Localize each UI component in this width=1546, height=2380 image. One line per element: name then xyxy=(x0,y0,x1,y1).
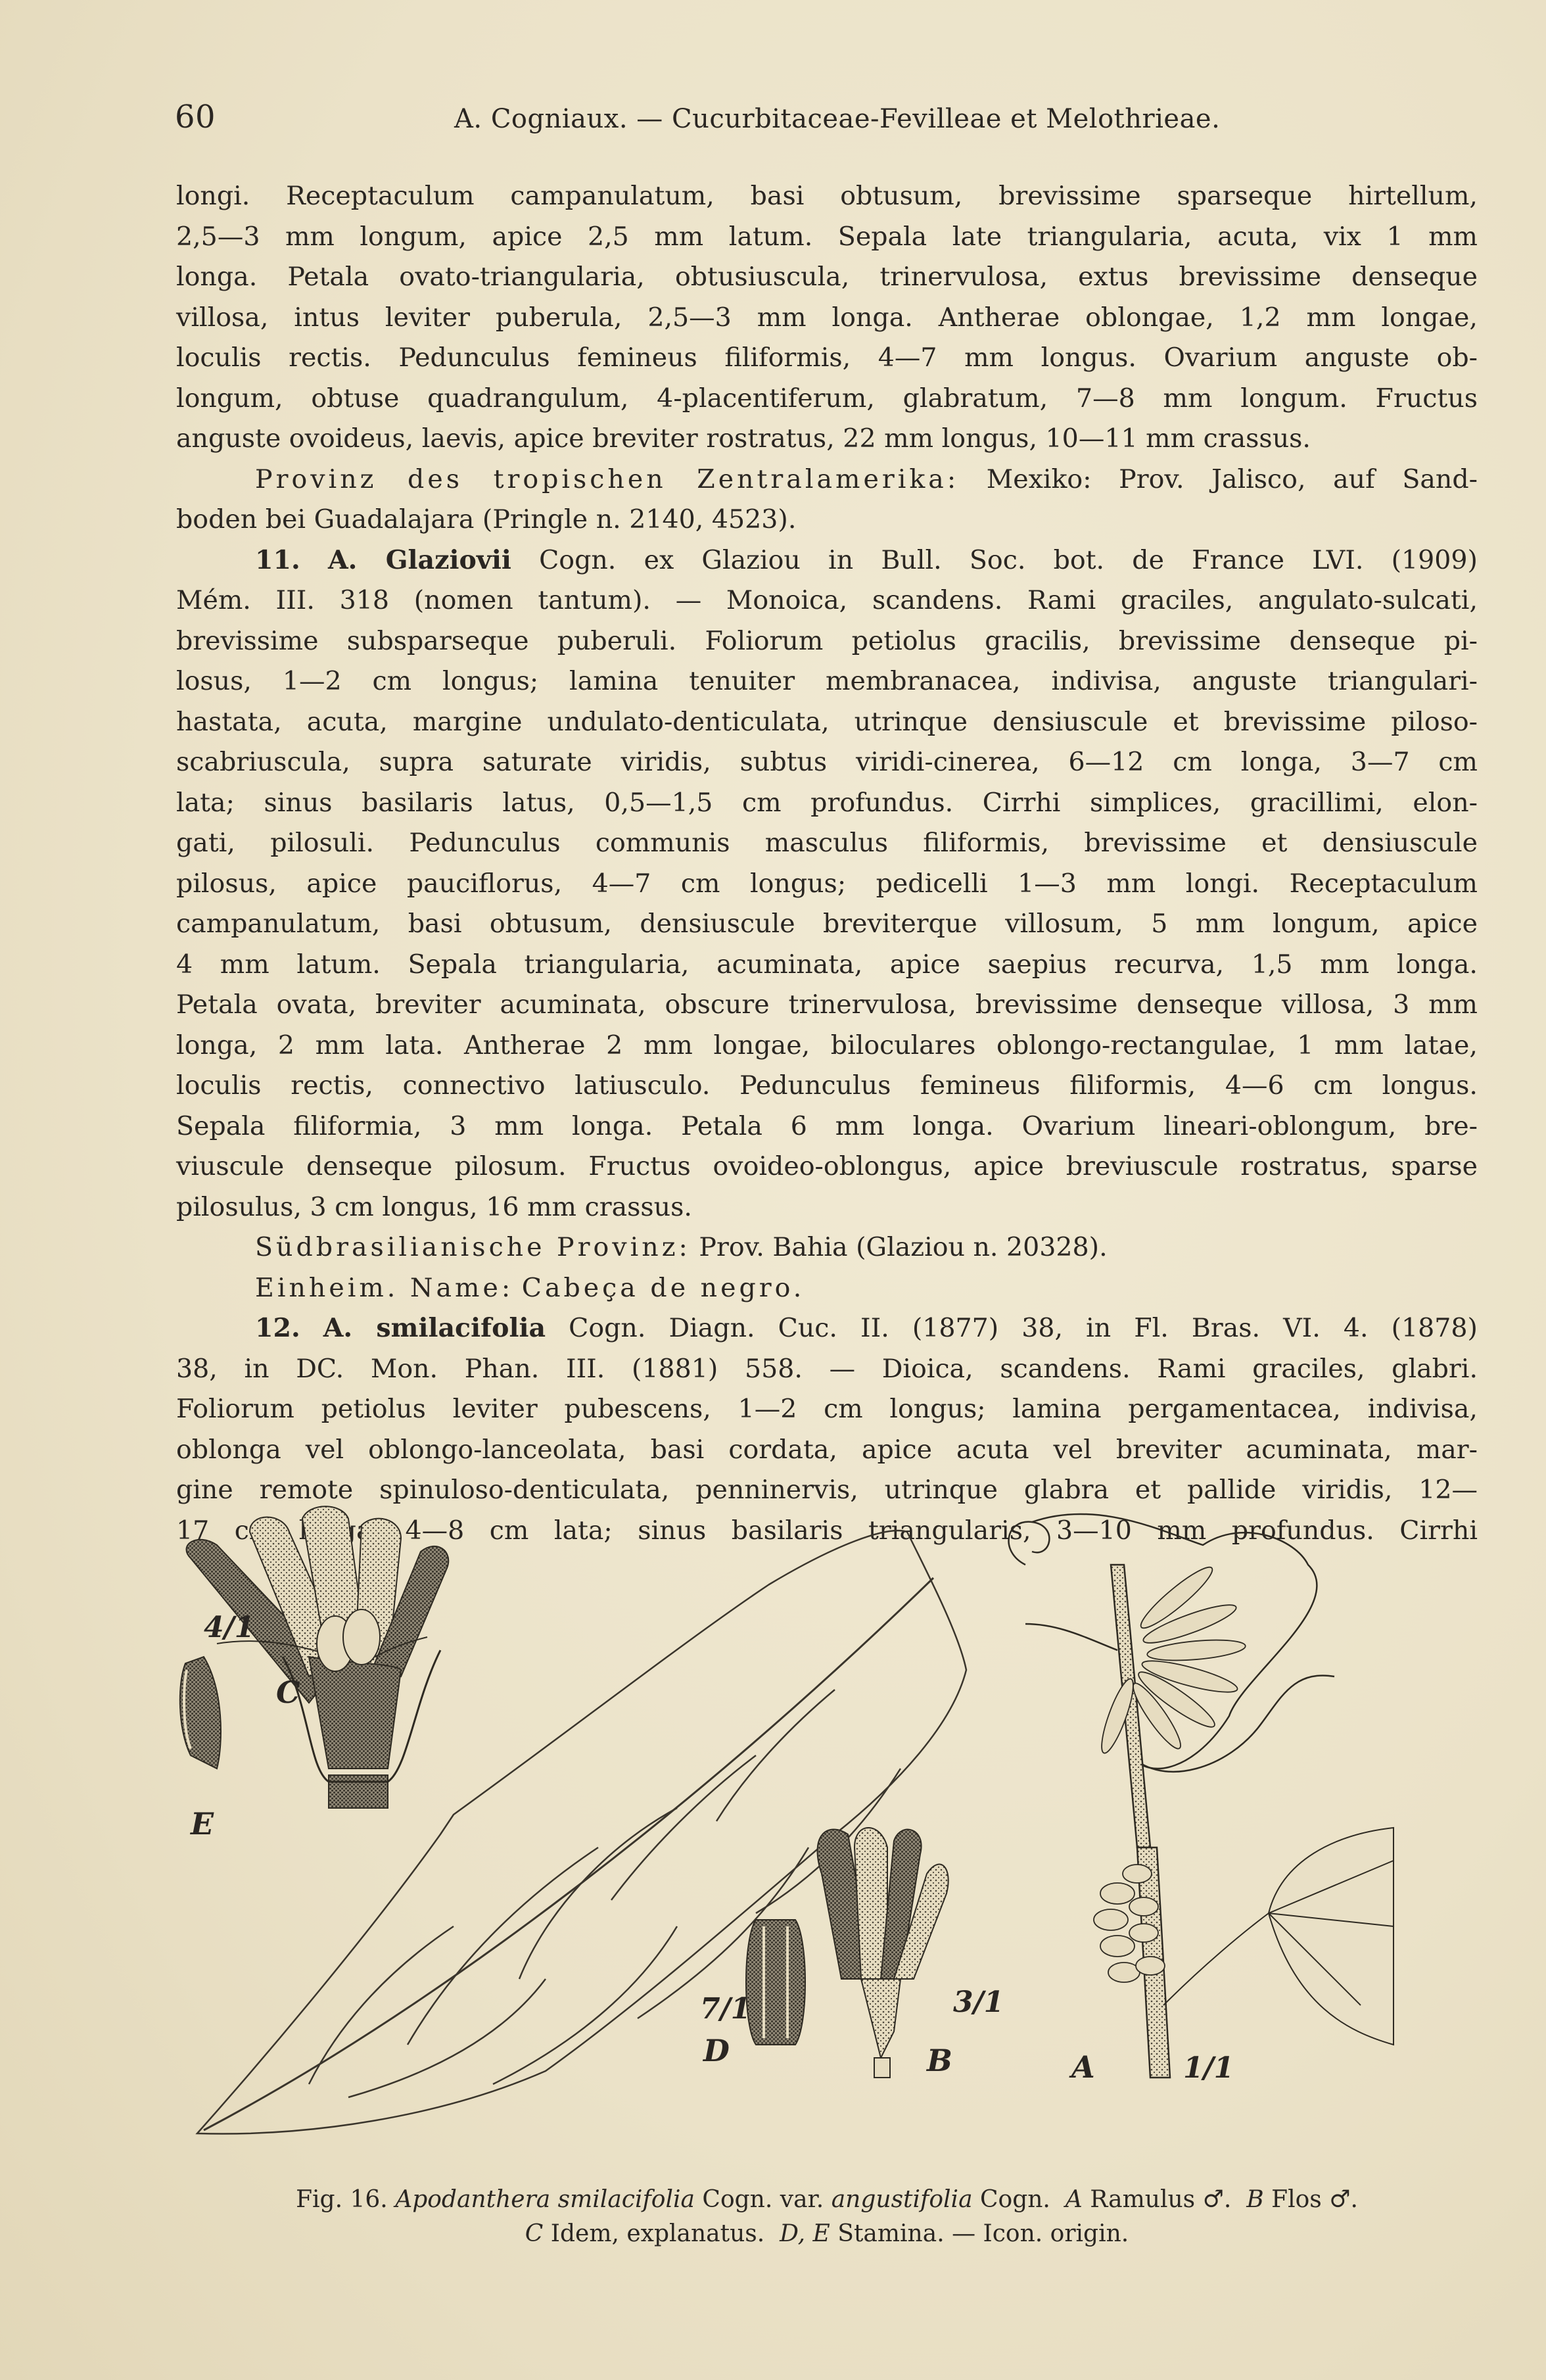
species-number: 11. xyxy=(255,545,300,575)
text-line: campanulatum, basi obtusum, densiuscule … xyxy=(176,904,1478,945)
label-b: B xyxy=(925,2043,952,2078)
text-line: pilosulus, 3 cm longus, 16 mm crassus. xyxy=(176,1187,1478,1228)
text-line: 2,5—3 mm longum, apice 2,5 mm latum. Sep… xyxy=(176,217,1478,258)
label-d: D xyxy=(702,2033,730,2068)
taxon-name: Apodanthera smilacifolia xyxy=(395,2186,695,2213)
vernacular-label: Einheim. Name: xyxy=(255,1273,513,1303)
variety-author: Cogn. xyxy=(980,2186,1050,2213)
part-a-text: Ramulus ♂. xyxy=(1090,2186,1231,2213)
species-name: A. Glaziovii xyxy=(328,545,511,575)
text-line: lata; sinus basilaris latus, 0,5—1,5 cm … xyxy=(176,783,1478,824)
text-line: Foliorum petiolus leviter pubescens, 1—2… xyxy=(176,1389,1478,1430)
text-line: brevissime subsparseque puberuli. Folior… xyxy=(176,621,1478,662)
scale-label-d: 7/1 xyxy=(700,1992,751,2026)
text-line: viuscule denseque pilosum. Fructus ovoid… xyxy=(176,1147,1478,1187)
body-text: longi. Receptaculum campanulatum, basi o… xyxy=(176,176,1478,1551)
distribution-line: Südbrasilianische Provinz: Prov. Bahia (… xyxy=(176,1227,1478,1268)
small-leaf xyxy=(1163,1828,1394,2045)
part-b-text: Flos ♂. xyxy=(1271,2186,1358,2213)
text-line: loculis rectis, connectivo latiusculo. P… xyxy=(176,1066,1478,1107)
part-de-text: Stamina. — Icon. origin. xyxy=(837,2220,1129,2247)
running-title: A. Cogniaux. — Cucurbitaceae-Fevilleae e… xyxy=(454,104,1220,134)
figure-caption: Fig. 16. Apodanthera smilacifolia Cogn. … xyxy=(176,2183,1478,2251)
distribution-locality: Prov. Bahia (Glaziou n. 20328). xyxy=(699,1232,1107,1262)
distribution-region: Südbrasilianische Provinz: xyxy=(255,1232,691,1262)
scale-label-a: 1/1 xyxy=(1183,2051,1234,2085)
text-line: longi. Receptaculum campanulatum, basi o… xyxy=(176,176,1478,217)
part-b-letter: B xyxy=(1246,2186,1263,2213)
text-line: longa, 2 mm lata. Antherae 2 mm longae, … xyxy=(176,1026,1478,1066)
text-line: Petala ovata, breviter acuminata, obscur… xyxy=(176,985,1478,1026)
distribution-line: boden bei Guadalajara (Pringle n. 2140, … xyxy=(176,500,1478,540)
part-a-letter: A xyxy=(1066,2186,1083,2213)
distribution-line: Provinz des tropischen Zentralamerika: M… xyxy=(176,460,1478,500)
species-citation: Cogn. ex Glaziou in Bull. Soc. bot. de F… xyxy=(539,545,1478,575)
text-line: longum, obtuse quadrangulum, 4-placentif… xyxy=(176,379,1478,419)
botanical-illustration: 4/1 C E 7/1 D 3/1 B xyxy=(177,1506,1479,2163)
distribution-region: Provinz des tropischen Zentralamerika: xyxy=(255,464,959,494)
book-page: 60 A. Cogniaux. — Cucurbitaceae-Fevillea… xyxy=(0,0,1546,2380)
species-heading-12: 12. A. smilacifolia Cogn. Diagn. Cuc. II… xyxy=(176,1308,1478,1349)
caption-line-2: C Idem, explanatus. D, E Stamina. — Icon… xyxy=(176,2217,1478,2251)
vernacular-name: Cabeça de negro. xyxy=(522,1273,805,1303)
stamen-d xyxy=(746,1920,805,2045)
running-head: 60 A. Cogniaux. — Cucurbitaceae-Fevillea… xyxy=(175,99,1384,145)
taxon-author: Cogn. var. xyxy=(702,2186,824,2213)
species-heading-11: 11. A. Glaziovii Cogn. ex Glaziou in Bul… xyxy=(176,540,1478,581)
part-de-letters: D, E xyxy=(780,2220,830,2247)
species-name: A. smilacifolia xyxy=(323,1313,546,1343)
part-c-text: Idem, explanatus. xyxy=(551,2220,764,2247)
distribution-locality: Mexiko: Prov. Jalisco, auf Sand- xyxy=(987,464,1478,494)
text-line: villosa, intus leviter puberula, 2,5—3 m… xyxy=(176,298,1478,339)
text-line: 38, in DC. Mon. Phan. III. (1881) 558. —… xyxy=(176,1349,1478,1390)
variety-name: angustifolia xyxy=(832,2186,973,2213)
page-number: 60 xyxy=(175,99,216,135)
text-line: 4 mm latum. Sepala triangularia, acumina… xyxy=(176,945,1478,986)
text-line: Mém. III. 318 (nomen tantum). — Monoica,… xyxy=(176,581,1478,621)
species-number: 12. xyxy=(255,1313,300,1343)
label-a: A xyxy=(1069,2049,1095,2085)
label-c: C xyxy=(276,1675,300,1710)
text-line: loculis rectis. Pedunculus femineus fili… xyxy=(176,338,1478,379)
text-line: pilosus, apice pauciflorus, 4—7 cm longu… xyxy=(176,864,1478,905)
text-line: losus, 1—2 cm longus; lamina tenuiter me… xyxy=(176,661,1478,702)
flower-b xyxy=(818,1828,949,2078)
text-line: Sepala filiformia, 3 mm longa. Petala 6 … xyxy=(176,1107,1478,1147)
vernacular-name-line: Einheim. Name: Cabeça de negro. xyxy=(176,1268,1478,1309)
text-line: gati, pilosuli. Pedunculus communis masc… xyxy=(176,823,1478,864)
figure-number: Fig. 16. xyxy=(296,2186,388,2213)
caption-line-1: Fig. 16. Apodanthera smilacifolia Cogn. … xyxy=(176,2183,1478,2217)
label-e: E xyxy=(189,1806,214,1842)
scale-label-b: 3/1 xyxy=(953,1986,1004,2019)
stamen-e xyxy=(180,1657,221,1769)
part-c-letter: C xyxy=(525,2220,544,2247)
text-line: longa. Petala ovato-triangularia, obtusi… xyxy=(176,257,1478,298)
scale-label-c: 4/1 xyxy=(204,1611,254,1644)
text-line: scabriuscula, supra saturate viridis, su… xyxy=(176,742,1478,783)
text-line: hastata, acuta, margine undulato-denticu… xyxy=(176,702,1478,743)
text-line: gine remote spinuloso-denticulata, penni… xyxy=(176,1470,1478,1511)
text-line: anguste ovoideus, laevis, apice breviter… xyxy=(176,419,1478,460)
text-line: oblonga vel oblongo-lanceolata, basi cor… xyxy=(176,1430,1478,1471)
species-citation: Cogn. Diagn. Cuc. II. (1877) 38, in Fl. … xyxy=(569,1313,1478,1343)
flower-c-opened xyxy=(187,1506,449,1808)
